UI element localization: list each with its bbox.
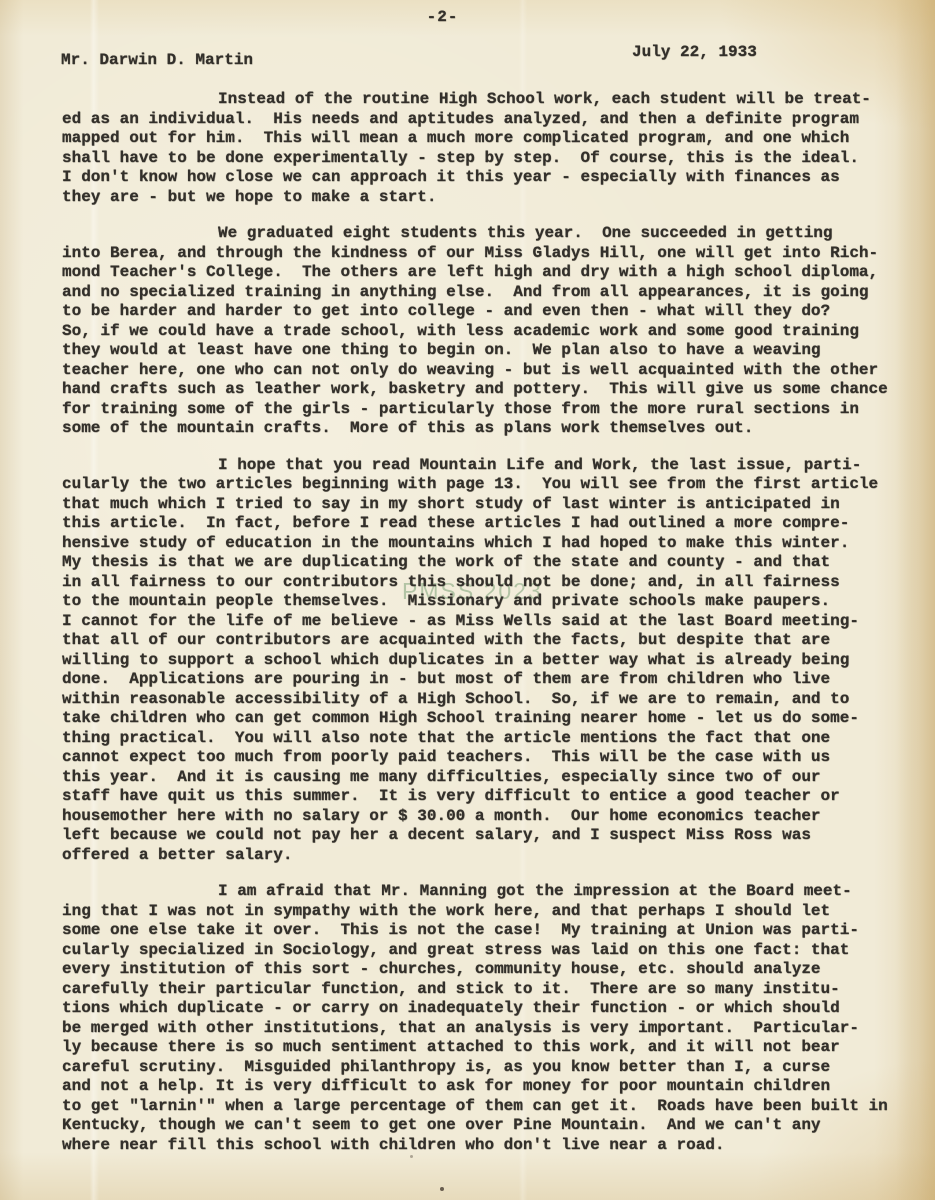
paragraph: We graduated eight students this year. O… <box>62 224 917 439</box>
body-line: staff have quit us this summer. It is ve… <box>62 787 917 807</box>
body-line: We graduated eight students this year. O… <box>62 224 917 244</box>
body-line: where near fill this school with childre… <box>62 1136 917 1156</box>
body-line: thing practical. You will also note that… <box>62 729 917 749</box>
body-line: mond Teacher's College. The others are l… <box>62 263 917 283</box>
body-line: in all fairness to our contributors this… <box>62 573 917 593</box>
body-line: ly because there is so much sentiment at… <box>62 1038 917 1058</box>
body-line: that all of our contributors are acquain… <box>62 631 917 651</box>
body-line: I am afraid that Mr. Manning got the imp… <box>62 882 917 902</box>
body-line: ed as an individual. His needs and aptit… <box>62 110 917 130</box>
body-line: they would at least have one thing to be… <box>62 341 917 361</box>
body-line: this article. In fact, before I read the… <box>62 514 917 534</box>
body-line: and not a help. It is very difficult to … <box>62 1077 917 1097</box>
body-line: some of the mountain crafts. More of thi… <box>62 419 917 439</box>
body-line: be merged with other institutions, that … <box>62 1019 917 1039</box>
body-line: cularly specialized in Sociology, and gr… <box>62 941 917 961</box>
body-line: offered a better salary. <box>62 846 917 866</box>
body-line: ing that I was not in sympathy with the … <box>62 902 917 922</box>
letter-date: July 22, 1933 <box>632 43 757 61</box>
body-line: to get "larnin'" when a large percentage… <box>62 1097 917 1117</box>
paragraph: Instead of the routine High School work,… <box>62 90 917 207</box>
letter-page: -2- Mr. Darwin D. Martin July 22, 1933 P… <box>0 0 935 1200</box>
body-line: My thesis is that we are duplicating the… <box>62 553 917 573</box>
body-line: Instead of the routine High School work,… <box>62 90 917 110</box>
body-line: cularly the two articles beginning with … <box>62 475 917 495</box>
body-line: carefully their particular function, and… <box>62 980 917 1000</box>
body-line: within reasonable accessibility of a Hig… <box>62 690 917 710</box>
letter-body: Instead of the routine High School work,… <box>62 90 917 1172</box>
body-line: take children who can get common High Sc… <box>62 709 917 729</box>
body-line: shall have to be done experimentally - s… <box>62 149 917 169</box>
paragraph: I hope that you read Mountain Life and W… <box>62 456 917 866</box>
body-line: mapped out for him. This will mean a muc… <box>62 129 917 149</box>
body-line: So, if we could have a trade school, wit… <box>62 322 917 342</box>
body-line: to the mountain people themselves. Missi… <box>62 592 917 612</box>
body-line: Kentucky, though we can't seem to get on… <box>62 1116 917 1136</box>
body-line: cannot expect too much from poorly paid … <box>62 748 917 768</box>
body-line: tions which duplicate - or carry on inad… <box>62 999 917 1019</box>
body-line: I cannot for the life of me believe - as… <box>62 612 917 632</box>
body-line: that much which I tried to say in my sho… <box>62 495 917 515</box>
body-line: into Berea, and through the kindness of … <box>62 244 917 264</box>
body-line: they are - but we hope to make a start. <box>62 188 917 208</box>
body-line: I don't know how close we can approach i… <box>62 168 917 188</box>
paragraph: I am afraid that Mr. Manning got the imp… <box>62 882 917 1155</box>
body-line: careful scrutiny. Misguided philanthropy… <box>62 1058 917 1078</box>
body-line: hand crafts such as leather work, basket… <box>62 380 917 400</box>
body-line: this year. And it is causing me many dif… <box>62 768 917 788</box>
body-line: to be harder and harder to get into coll… <box>62 302 917 322</box>
body-line: hensive study of education in the mounta… <box>62 534 917 554</box>
body-line: for training some of the girls - particu… <box>62 400 917 420</box>
body-line: and no specialized training in anything … <box>62 283 917 303</box>
body-line: willing to support a school which duplic… <box>62 651 917 671</box>
body-line: some one else take it over. This is not … <box>62 921 917 941</box>
body-line: every institution of this sort - churche… <box>62 960 917 980</box>
body-line: teacher here, one who can not only do we… <box>62 361 917 381</box>
body-line: I hope that you read Mountain Life and W… <box>62 456 917 476</box>
page-number: -2- <box>0 8 910 26</box>
body-line: done. Applications are pouring in - but … <box>62 670 917 690</box>
body-line: left because we could not pay her a dece… <box>62 826 917 846</box>
recipient-name: Mr. Darwin D. Martin <box>61 51 253 69</box>
paper-speck <box>440 1187 444 1191</box>
body-line: housemother here with no salary or $ 30.… <box>62 807 917 827</box>
